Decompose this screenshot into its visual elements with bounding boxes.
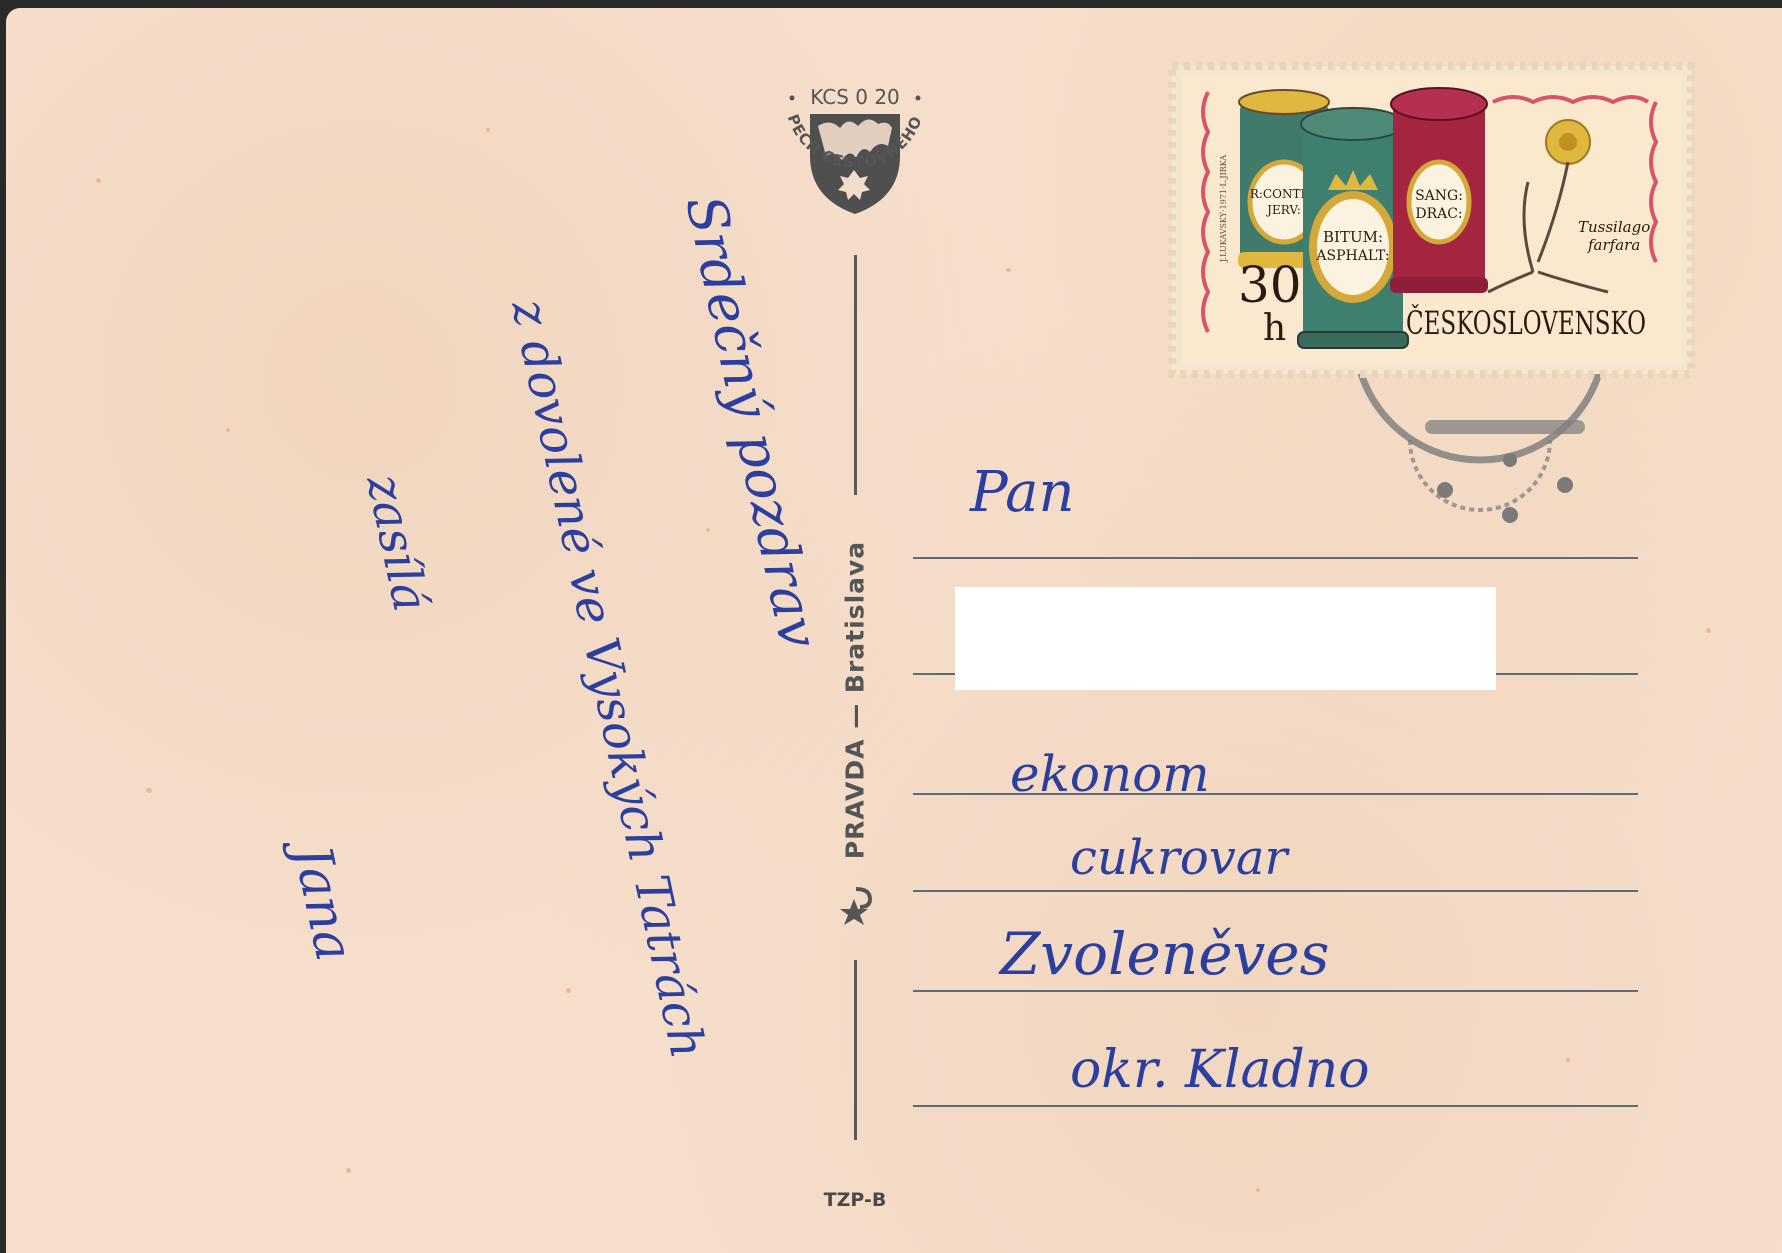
stamp-designer-credit: J.LUKAVSKÝ·1971·L.JIRKA (1219, 155, 1228, 263)
stamp-country: ČESKOSLOVENSKO (1406, 304, 1646, 342)
postage-stamp: J.LUKAVSKÝ·1971·L.JIRKA R:CONTRA JERV: B… (1168, 62, 1695, 378)
address-workplace: cukrovar (1070, 830, 1287, 886)
svg-text:BITUM:: BITUM: (1323, 228, 1383, 246)
print-code: TZP-B (824, 1189, 887, 1211)
address-district: okr. Kladno (1070, 1040, 1370, 1100)
publisher-imprint: PRAVDA — Bratislava (841, 541, 870, 859)
address-town: Zvoleněves (1000, 920, 1329, 988)
pravda-star-logo-icon (836, 885, 876, 933)
svg-text:JERV:: JERV: (1265, 203, 1301, 217)
stamp-jar-3: SANG: DRAC: (1390, 88, 1488, 293)
address-line-6 (913, 1105, 1638, 1107)
address-line-5 (913, 990, 1638, 992)
tourism-logo: KCS 0 20 V PROSPECH CESTOVNÉHO RUCHU (770, 66, 940, 236)
address-line-4 (913, 890, 1638, 892)
divider-line-top (854, 255, 857, 495)
address-salutation: Pan (970, 460, 1075, 525)
address-occupation: ekonom (1010, 745, 1210, 803)
svg-text:Tussilago: Tussilago (1578, 218, 1650, 236)
svg-text:farfara: farfara (1587, 236, 1640, 254)
address-line-1 (913, 557, 1638, 559)
stamp-value: 30 (1238, 256, 1302, 314)
stamp-jar-2: BITUM: ASPHALT: (1298, 108, 1408, 348)
svg-text:SANG:: SANG: (1415, 188, 1463, 204)
stamp-currency: h (1263, 308, 1286, 349)
divider-line-bottom (854, 960, 857, 1140)
svg-text:ASPHALT:: ASPHALT: (1315, 248, 1389, 264)
svg-text:DRAC:: DRAC: (1415, 206, 1462, 222)
address-redaction (955, 587, 1496, 690)
logo-top-text: KCS 0 20 (810, 85, 900, 109)
